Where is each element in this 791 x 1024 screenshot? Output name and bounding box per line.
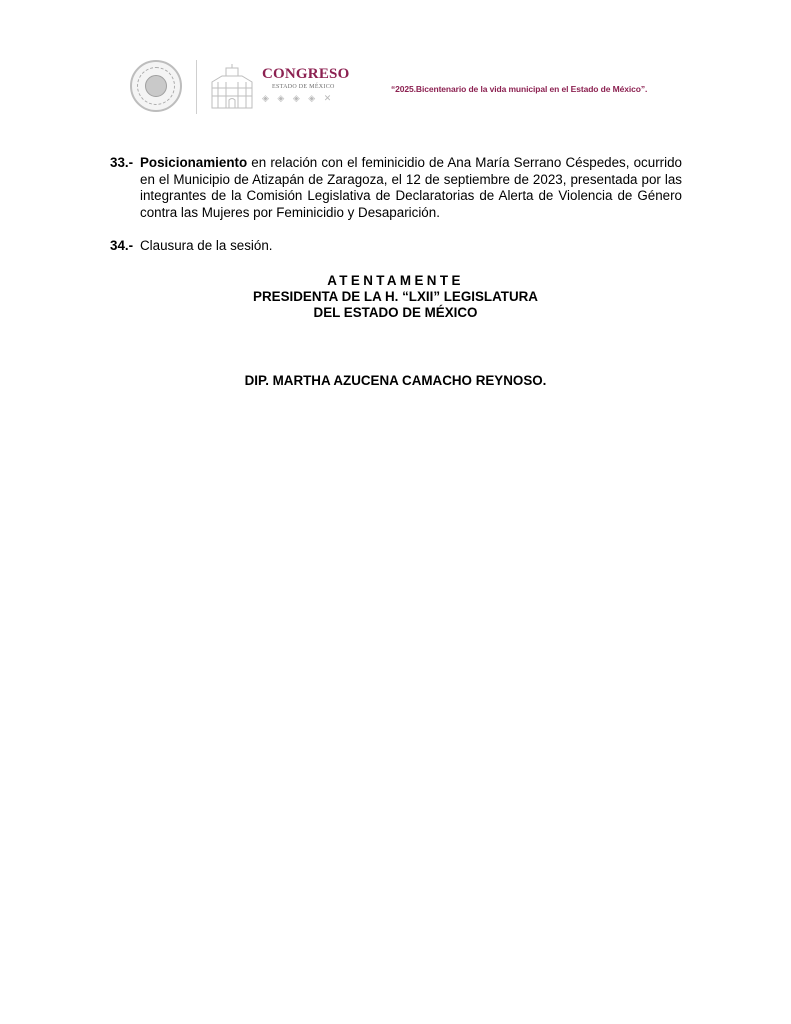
header-divider — [196, 60, 197, 114]
congress-building-icon — [208, 62, 256, 110]
decorative-glyphs-icon: ◈ ◈ ◈ ◈ ✕ — [262, 93, 334, 104]
signatory-role-line2: DEL ESTADO DE MÉXICO — [0, 305, 791, 320]
signatory-role-line1: PRESIDENTA DE LA H. “LXII” LEGISLATURA — [0, 289, 791, 304]
agenda-item-33: 33.- Posicionamiento en relación con el … — [110, 155, 682, 221]
congress-logo-subtitle: ESTADO DE MÉXICO — [272, 84, 335, 90]
agenda-items: 33.- Posicionamiento en relación con el … — [110, 155, 682, 255]
item-bold-lead: Posicionamiento — [140, 155, 247, 170]
letterhead: CONGRESO ESTADO DE MÉXICO ◈ ◈ ◈ ◈ ✕ “202… — [0, 0, 791, 130]
state-seal-icon — [130, 60, 182, 112]
signatory-name: DIP. MARTHA AZUCENA CAMACHO REYNOSO. — [0, 373, 791, 388]
header-motto: “2025.Bicentenario de la vida municipal … — [391, 84, 647, 94]
item-text: Clausura de la sesión. — [140, 238, 273, 253]
agenda-item-34: 34.- Clausura de la sesión. — [110, 238, 682, 255]
item-number: 33.- — [110, 155, 133, 172]
congress-logo-text: CONGRESO — [262, 66, 349, 83]
closing-salutation: ATENTAMENTE — [0, 273, 791, 288]
item-number: 34.- — [110, 238, 133, 255]
